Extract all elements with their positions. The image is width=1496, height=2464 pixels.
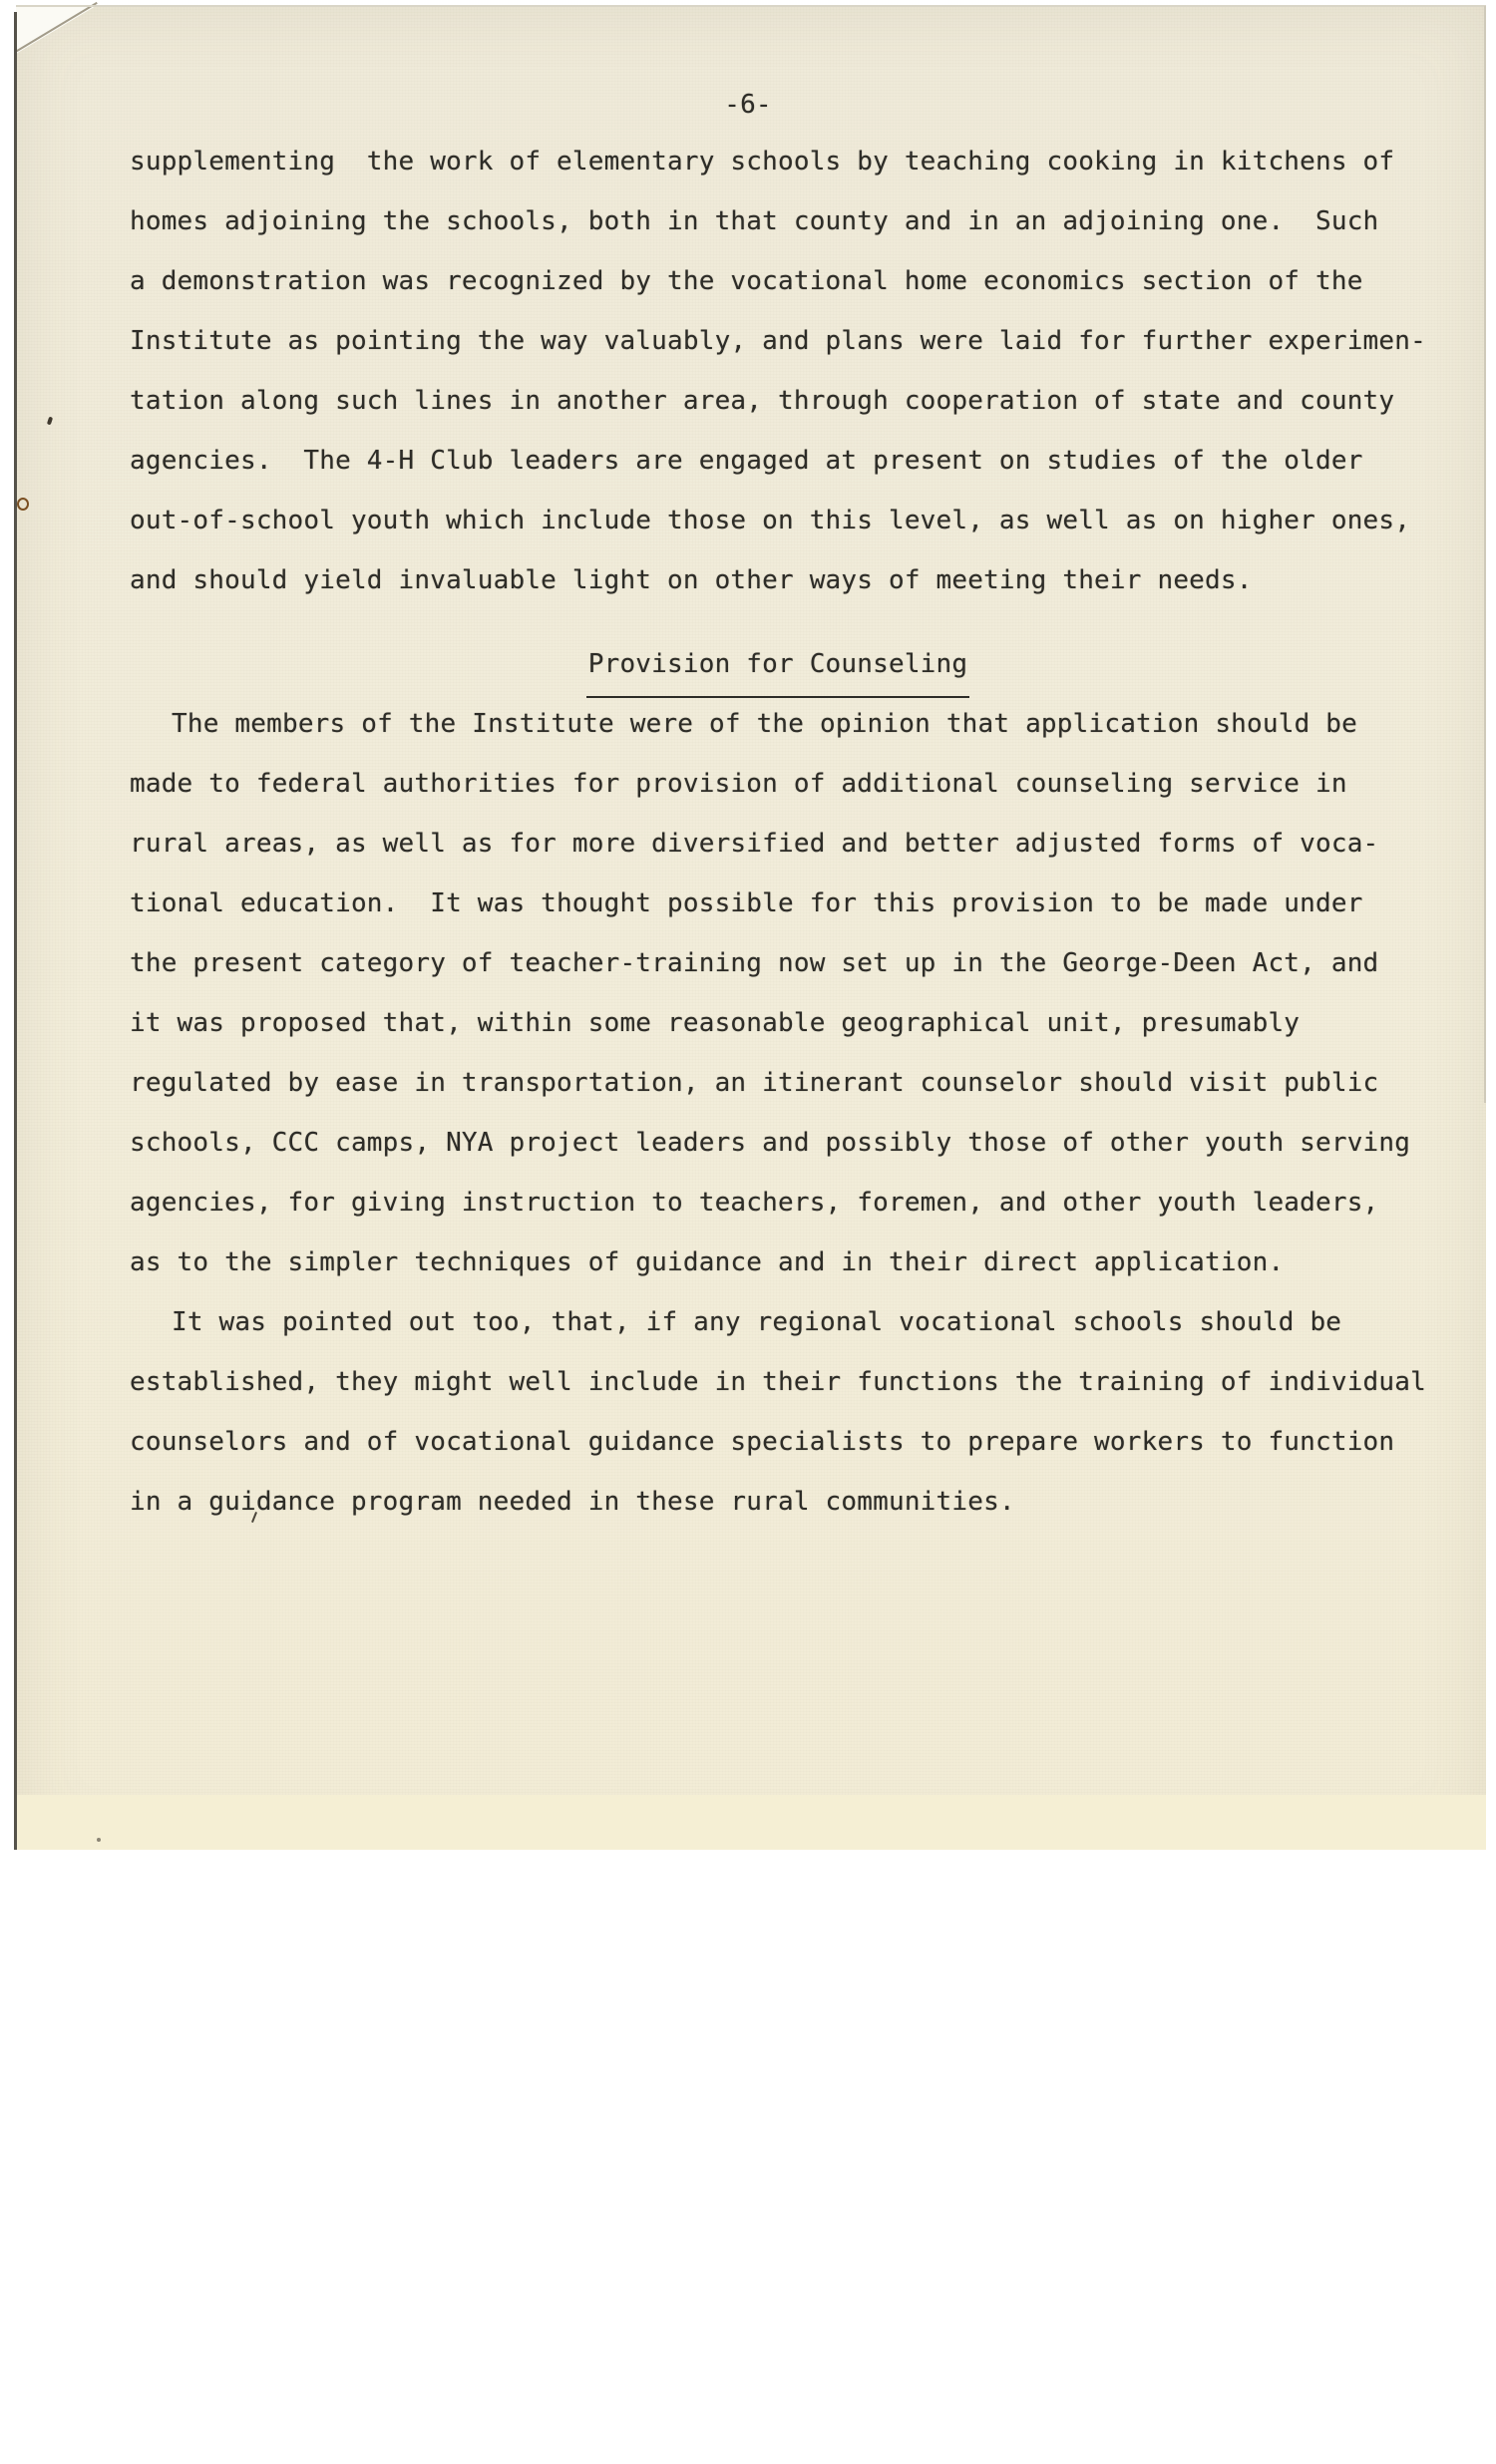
paper-right-edge [1484,6,1486,1103]
text-line: it was proposed that, within some reason… [130,993,1426,1053]
text-line: made to federal authorities for provisio… [130,754,1426,814]
ink-speck [97,1838,101,1842]
paper-left-edge [14,12,17,1850]
text-line: The members of the Institute were of the… [130,694,1426,754]
scanned-document: -6- supplementing the work of elementary… [0,0,1496,2464]
text-line: as to the simpler techniques of guidance… [130,1232,1426,1292]
punch-mark [17,498,29,511]
text-line: It was pointed out too, that, if any reg… [130,1292,1426,1352]
text-line: the present category of teacher-training… [130,933,1426,993]
text-line: tation along such lines in another area,… [130,371,1426,431]
text-line: agencies, for giving instruction to teac… [130,1173,1426,1232]
clipped-corner [16,6,96,54]
text-line: and should yield invaluable light on oth… [130,550,1426,610]
text-line: regulated by ease in transportation, an … [130,1053,1426,1113]
text-line: schools, CCC camps, NYA project leaders … [130,1113,1426,1173]
section-heading-text: Provision for Counseling [586,634,969,698]
text-line: in a guidance program needed in these ru… [130,1472,1426,1532]
text-line: homes adjoining the schools, both in tha… [130,191,1426,251]
section-gap [130,610,1426,634]
text-line: out-of-school youth which include those … [130,491,1426,550]
text-line: established, they might well include in … [130,1352,1426,1412]
paper-top-edge [16,5,1486,7]
section-heading: Provision for Counseling [130,634,1426,694]
page-number: -6- [0,90,1496,120]
paper-bottom-strip [16,1795,1486,1850]
typewritten-text: supplementing the work of elementary sch… [130,132,1426,1532]
text-line: agencies. The 4-H Club leaders are engag… [130,431,1426,491]
text-line: tional education. It was thought possibl… [130,874,1426,933]
text-line: supplementing the work of elementary sch… [130,132,1426,191]
text-line: Institute as pointing the way valuably, … [130,311,1426,371]
text-line: rural areas, as well as for more diversi… [130,814,1426,874]
text-line: counselors and of vocational guidance sp… [130,1412,1426,1472]
text-line: a demonstration was recognized by the vo… [130,251,1426,311]
